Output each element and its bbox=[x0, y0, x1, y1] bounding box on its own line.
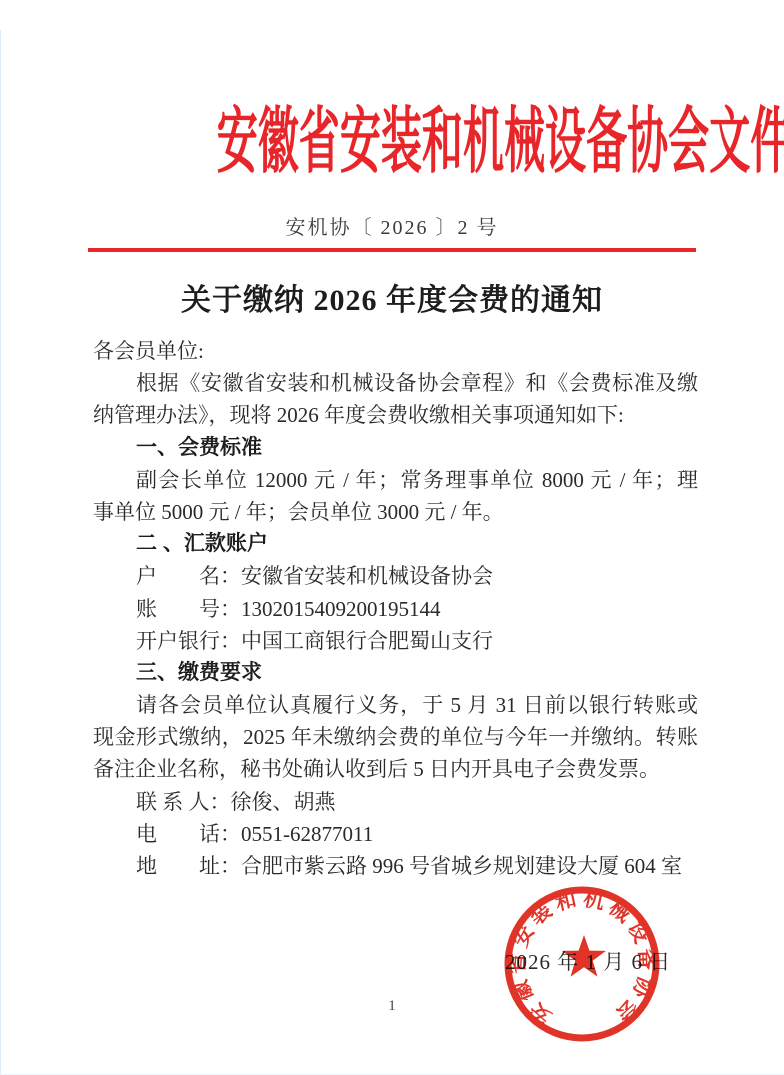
seal-star-icon bbox=[562, 935, 606, 977]
page-number: 1 bbox=[0, 998, 784, 1015]
official-seal: 安徽省安装和机械设备协会 bbox=[502, 884, 662, 1044]
letterhead-title: 安徽省安装和机械设备协会文件 bbox=[217, 95, 784, 190]
body-line: 备注企业名称，秘书处确认收到后 5 日内开具电子会费发票。 bbox=[93, 753, 698, 785]
red-separator-line bbox=[88, 248, 696, 252]
section-heading: 一、会费标准 bbox=[93, 432, 698, 464]
body-line: 纳管理办法》，现将 2026 年度会费收缴相关事项通知如下: bbox=[93, 399, 698, 431]
body-line: 根据《安徽省安装和机械设备协会章程》和《会费标准及缴 bbox=[93, 367, 698, 399]
document-body: 各会员单位: 根据《安徽省安装和机械设备协会章程》和《会费标准及缴 纳管理办法》… bbox=[93, 335, 698, 882]
body-line: 请各会员单位认真履行义务，于 5 月 31 日前以银行转账或 bbox=[93, 689, 698, 721]
body-line: 电 话：0551-62877011 bbox=[93, 818, 698, 850]
document-page: 安徽省安装和机械设备协会文件 安机协〔 2026 〕2 号 关于缴纳 2026 … bbox=[0, 0, 784, 1075]
body-line: 副会长单位 12000 元 / 年；常务理事单位 8000 元 / 年；理 bbox=[93, 464, 698, 496]
body-line: 现金形式缴纳，2025 年未缴纳会费的单位与今年一并缴纳。转账 bbox=[93, 721, 698, 753]
body-line: 联 系 人：徐俊、胡燕 bbox=[93, 786, 698, 818]
document-number: 安机协〔 2026 〕2 号 bbox=[0, 213, 784, 243]
body-line: 事单位 5000 元 / 年；会员单位 3000 元 / 年。 bbox=[93, 496, 698, 528]
body-line: 户 名：安徽省安装和机械设备协会 bbox=[93, 560, 698, 592]
document-title: 关于缴纳 2026 年度会费的通知 bbox=[0, 281, 784, 321]
body-line: 开户银行：中国工商银行合肥蜀山支行 bbox=[93, 625, 698, 657]
body-line: 各会员单位: bbox=[93, 335, 698, 367]
body-line: 地 址：合肥市紫云路 996 号省城乡规划建设大厦 604 室 bbox=[93, 850, 698, 882]
section-heading: 三、缴费要求 bbox=[93, 657, 698, 689]
section-heading: 二 、汇款账户 bbox=[93, 528, 698, 560]
letterhead: 安徽省安装和机械设备协会文件 bbox=[0, 95, 784, 190]
body-line: 账 号：1302015409200195144 bbox=[93, 593, 698, 625]
